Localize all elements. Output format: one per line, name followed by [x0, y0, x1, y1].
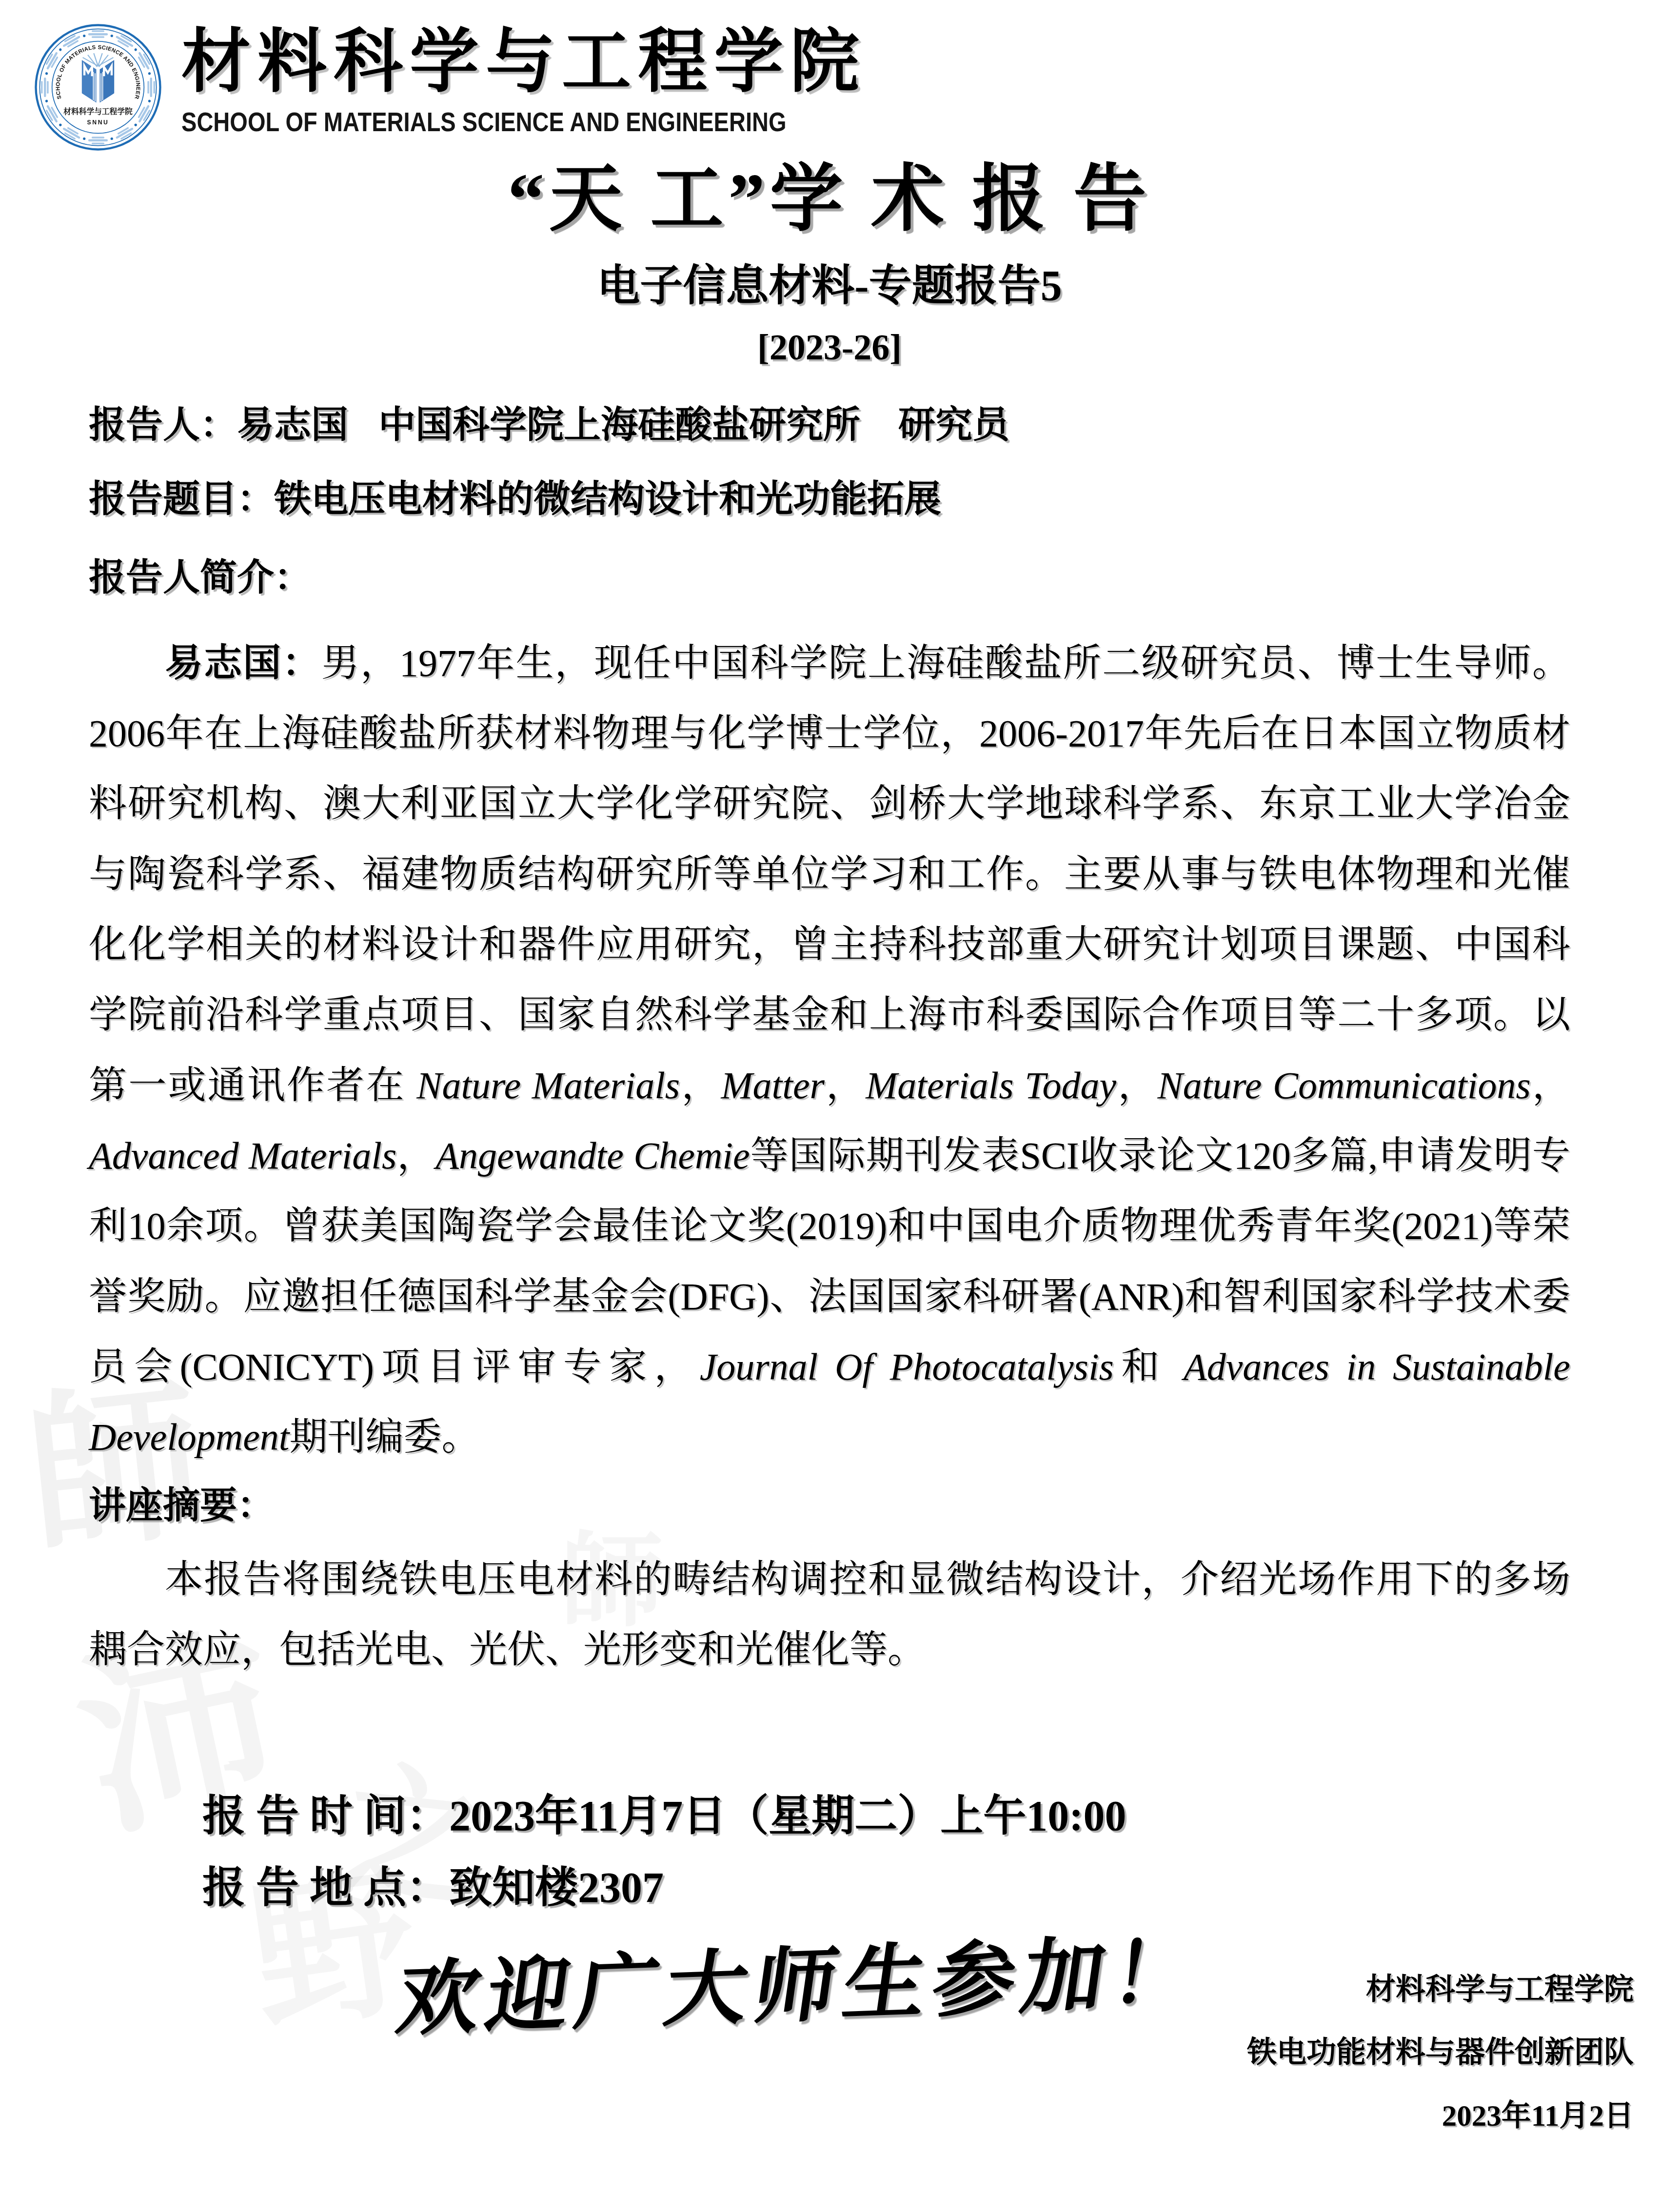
- bio-text-segment: Advanced Materials: [89, 1134, 396, 1177]
- speaker-name: 易志国: [237, 405, 348, 446]
- topic-label: 报告题目：: [89, 479, 274, 520]
- page-title: “天 工”学 术 报 告: [0, 161, 1659, 238]
- time-line: 报 告 时 间：2023年11月7日（星期二）上午10:00: [202, 1781, 1126, 1853]
- bio-text-segment: Nature Materials: [406, 1064, 680, 1106]
- venue-value: 致知楼2307: [449, 1864, 664, 1912]
- poster-page: 師 沛 之 師 野: [0, 0, 1659, 2212]
- bio-text-segment: Materials Today: [866, 1064, 1116, 1106]
- topic-line: 报告题目：铁电压电材料的微结构设计和光功能拓展: [89, 479, 1570, 520]
- page-subtitle: 电子信息材料-专题报告5: [0, 264, 1659, 309]
- logo-abbr: SNNU: [87, 119, 109, 126]
- bio-text-segment: Journal Of Photocatalysis: [700, 1345, 1114, 1388]
- speaker-title: 研究员: [898, 405, 1009, 446]
- school-names: 材料科学与工程学院 SCHOOL OF MATERIALS SCIENCE AN…: [181, 23, 902, 138]
- bio-text-segment: ，: [825, 1064, 866, 1106]
- welcome-calligraphy: 欢迎广大师生参加！: [392, 1932, 1207, 2041]
- bio-text-segment: ，: [680, 1064, 721, 1106]
- logo-outer-ring: [36, 25, 160, 149]
- schedule-block: 报 告 时 间：2023年11月7日（星期二）上午10:00 报 告 地 点：致…: [202, 1781, 1126, 1924]
- bio-text-segment: Nature Communications: [1158, 1064, 1531, 1106]
- school-logo: SCHOOL OF MATERIALS SCIENCE AND ENGINEER…: [34, 23, 162, 151]
- bio-text-segment: 易志国：: [165, 642, 321, 684]
- venue-line: 报 告 地 点：致知楼2307: [202, 1853, 1126, 1924]
- bio-heading: 报告人简介：: [89, 558, 1570, 599]
- bio-text-segment: ，: [1116, 1064, 1157, 1106]
- header: SCHOOL OF MATERIALS SCIENCE AND ENGINEER…: [0, 0, 1659, 161]
- abstract-heading-label: 讲座摘要：: [89, 1485, 274, 1526]
- school-name-cn: 材料科学与工程学院: [181, 23, 902, 101]
- school-name-en: SCHOOL OF MATERIALS SCIENCE AND ENGINEER…: [181, 106, 787, 138]
- speaker-line: 报告人：易志国中国科学院上海硅酸盐研究所研究员: [89, 405, 1570, 446]
- abstract-paragraph: 本报告将围绕铁电压电材料的畴结构调控和显微结构设计，介绍光场作用下的多场耦合效应…: [89, 1544, 1570, 1685]
- bio-text-segment: 男，1977年生，现任中国科学院上海硅酸盐所二级研究员、博士生导师。2006年在…: [89, 642, 1570, 1106]
- content: 报告人：易志国中国科学院上海硅酸盐研究所研究员 报告题目：铁电压电材料的微结构设…: [0, 405, 1659, 1685]
- signature-date: 2023年11月2日: [1247, 2085, 1634, 2148]
- bio-heading-label: 报告人简介：: [89, 557, 311, 598]
- bio-text-segment: 和: [1114, 1345, 1184, 1388]
- bio-text-segment: Angewandte Chemie: [435, 1134, 750, 1177]
- logo-center-cn: 材料科学与工程学院: [63, 107, 133, 116]
- signature-org: 材料科学与工程学院: [1247, 1958, 1634, 2021]
- topic-title: 铁电压电材料的微结构设计和光功能拓展: [274, 479, 941, 520]
- abstract-heading: 讲座摘要：: [89, 1486, 1570, 1527]
- signature-team: 铁电功能材料与器件创新团队: [1247, 2021, 1634, 2084]
- signature-block: 材料科学与工程学院 铁电功能材料与器件创新团队 2023年11月2日: [1247, 1958, 1634, 2148]
- bio-text-segment: ，: [396, 1134, 435, 1177]
- venue-label: 报 告 地 点：: [202, 1864, 449, 1912]
- speaker-affiliation: 中国科学院上海硅酸盐研究所: [378, 405, 860, 446]
- bio-text-segment: 期刊编委。: [289, 1416, 479, 1458]
- bio-paragraph: 易志国：男，1977年生，现任中国科学院上海硅酸盐所二级研究员、博士生导师。20…: [89, 628, 1570, 1473]
- bio-text-segment: ，: [1531, 1064, 1570, 1106]
- issue-number: [2023-26]: [0, 329, 1659, 367]
- time-label: 报 告 时 间：: [202, 1793, 449, 1840]
- speaker-label: 报告人：: [89, 405, 237, 446]
- time-value: 2023年11月7日（星期二）上午10:00: [449, 1793, 1126, 1840]
- bio-text-segment: Matter: [721, 1064, 825, 1106]
